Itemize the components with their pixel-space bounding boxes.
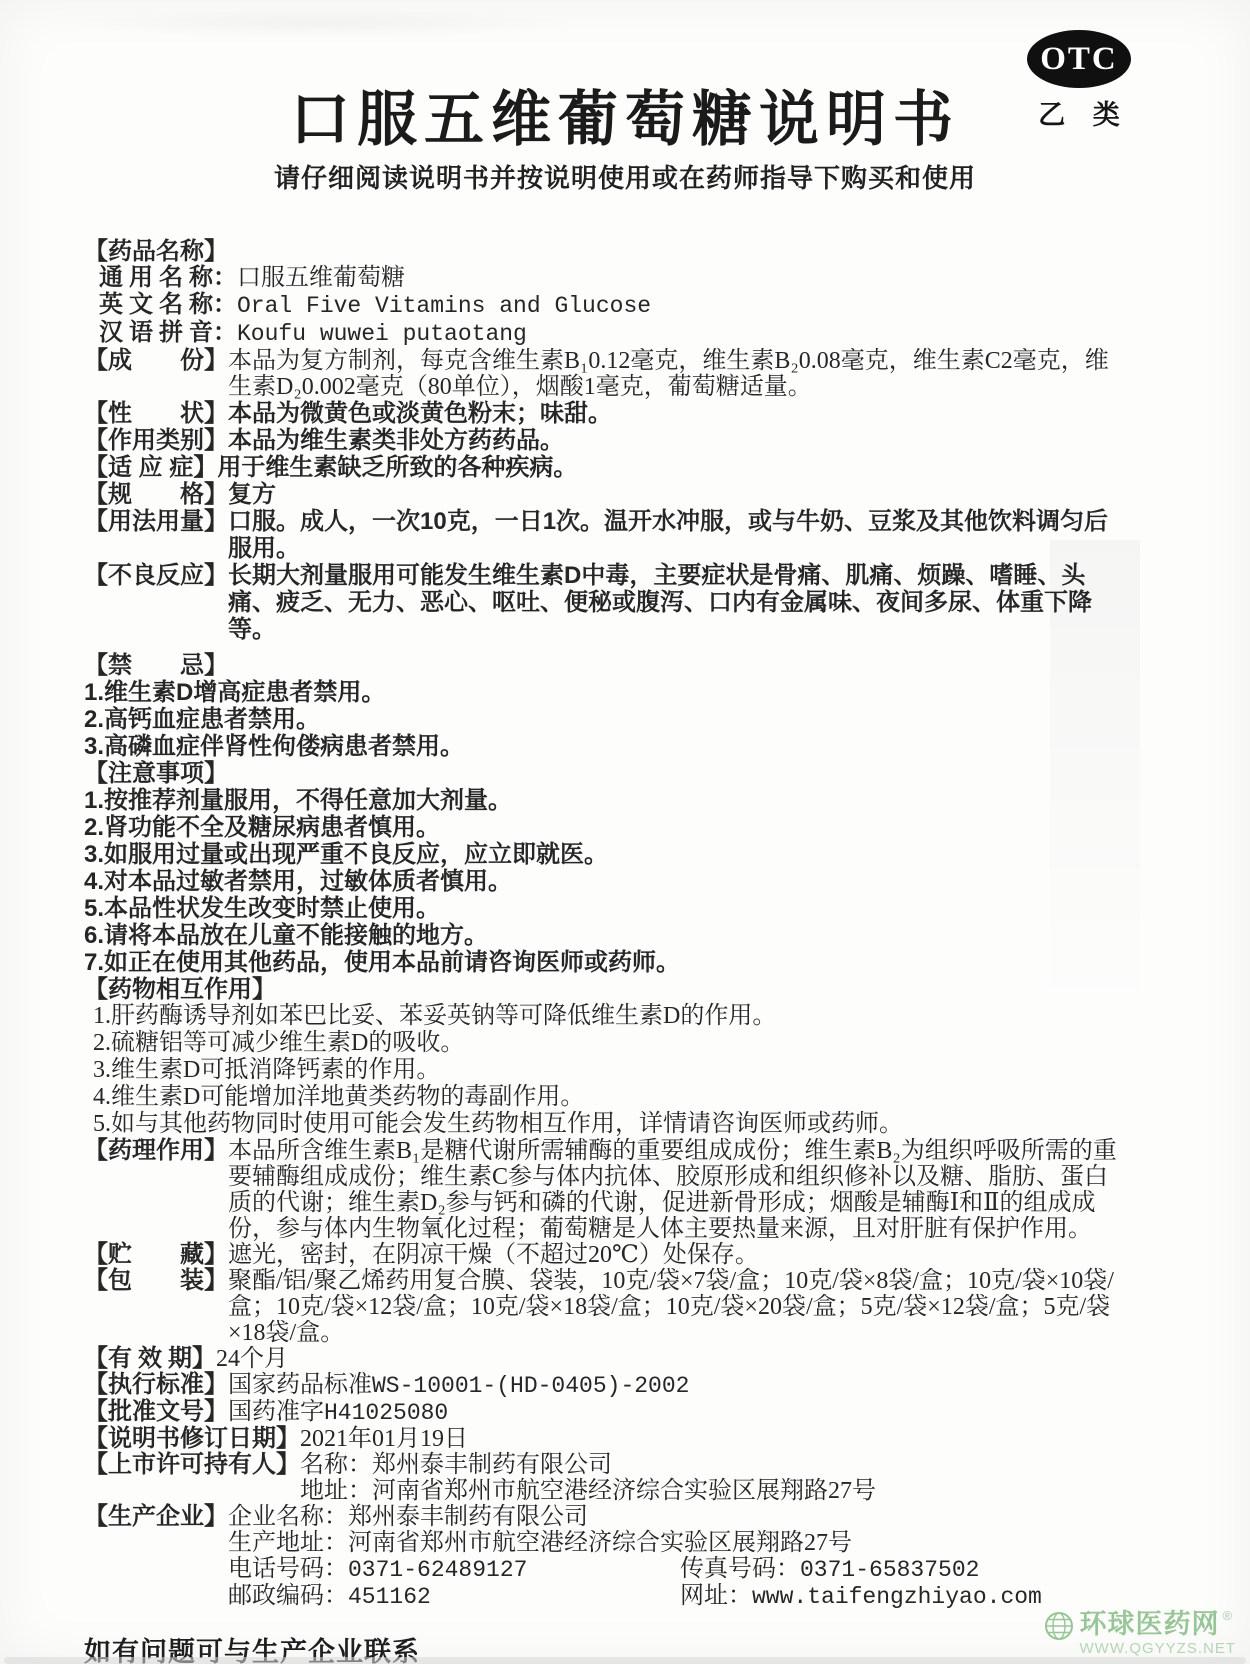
section-package: 【包 装】 聚酯/铝/聚乙烯药用复合膜、袋装，10克/袋×7袋/盒；10克/袋×… — [84, 1268, 1122, 1346]
fax-label: 传真号码： — [680, 1556, 800, 1582]
watermark-site-name: 环球医药网 — [1080, 1611, 1220, 1638]
pharmacology-heading: 【药理作用】 — [84, 1138, 228, 1164]
ingredients-body: 本品为复方制剂，每克含维生素B₁0.12毫克，维生素B₂0.08毫克，维生素C2… — [228, 348, 1122, 400]
tel-value: 0371-62489127 — [348, 1557, 527, 1583]
pinyin-name-value: Koufu wuwei putaotang — [237, 321, 527, 347]
otc-badge: OTC 乙 类 — [1024, 30, 1134, 132]
contraindication-item: 2.高钙血症患者禁用。 — [84, 706, 1122, 733]
manufacturer-zip: 邮政编码：451162 — [228, 1583, 680, 1610]
scan-bottom-edge — [4, 1657, 1246, 1664]
section-indications: 【适 应 症】 用于维生素缺乏所致的各种疾病。 — [84, 454, 1122, 481]
specification-body: 复方 — [228, 481, 1122, 508]
section-specification: 【规 格】 复方 — [84, 481, 1122, 508]
tel-label: 电话号码： — [228, 1556, 348, 1582]
storage-heading: 【贮 藏】 — [84, 1242, 228, 1268]
manufacturer-zip-web-row: 邮政编码：451162 网址：www.taifengzhiyao.com — [228, 1583, 1122, 1610]
manufacturer-tel-fax-row: 电话号码：0371-62489127 传真号码：0371-65837502 — [228, 1556, 1122, 1583]
manufacturer-name-value: 郑州泰丰制药有限公司 — [348, 1504, 588, 1530]
section-manufacturer: 【生产企业】 企业名称：郑州泰丰制药有限公司 生产地址：河南省郑州市航空港经济综… — [84, 1504, 1122, 1610]
revision-heading: 【说明书修订日期】 — [84, 1426, 300, 1452]
manufacturer-name-row: 企业名称：郑州泰丰制药有限公司 — [228, 1504, 1122, 1530]
web-label: 网址： — [680, 1583, 752, 1609]
pinyin-name-label: 汉 语 拼 音： — [99, 320, 237, 346]
section-properties: 【性 状】 本品为微黄色或淡黄色粉末；味甜。 — [84, 400, 1122, 427]
standard-prefix: 国家药品标准 — [228, 1372, 372, 1398]
section-standard: 【执行标准】 国家药品标准WS-10001-(HD-0405)-2002 — [84, 1372, 1122, 1399]
indications-body: 用于维生素缺乏所致的各种疾病。 — [217, 454, 1122, 481]
section-precautions-heading: 【注意事项】 — [84, 760, 1122, 787]
precaution-item: 5.本品性状发生改变时禁止使用。 — [84, 895, 1122, 922]
precaution-item: 7.如正在使用其他药品，使用本品前请咨询医师或药师。 — [84, 949, 1122, 976]
generic-name-value: 口服五维葡萄糖 — [237, 265, 405, 291]
section-interactions-heading: 【药物相互作用】 — [84, 976, 1122, 1003]
ingredients-heading: 【成 份】 — [84, 348, 228, 374]
section-revision-date: 【说明书修订日期】 2021年01月19日 — [84, 1426, 1122, 1452]
package-body: 聚酯/铝/聚乙烯药用复合膜、袋装，10克/袋×7袋/盒；10克/袋×8袋/盒；1… — [228, 1268, 1122, 1346]
precaution-item: 3.如服用过量或出现严重不良反应，应立即就医。 — [84, 841, 1122, 868]
section-adverse-reactions: 【不良反应】 长期大剂量服用可能发生维生素D中毒，主要症状是骨痛、肌痛、烦躁、嗜… — [84, 562, 1122, 643]
indications-heading: 【适 应 症】 — [84, 454, 217, 481]
globe-icon — [1044, 1611, 1074, 1641]
holder-body: 名称：郑州泰丰制药有限公司 地址：河南省郑州市航空港经济综合实验区展翔路27号 — [300, 1452, 1122, 1504]
holder-name-value: 郑州泰丰制药有限公司 — [372, 1452, 612, 1478]
precaution-item: 1.按推荐剂量服用，不得任意加大剂量。 — [84, 787, 1122, 814]
approval-heading: 【批准文号】 — [84, 1399, 228, 1425]
category-heading: 【作用类别】 — [84, 427, 228, 454]
manufacturer-website: 网址：www.taifengzhiyao.com — [680, 1583, 1042, 1610]
precaution-item: 2.肾功能不全及糖尿病患者慎用。 — [84, 814, 1122, 841]
approval-body: 国药准字H41025080 — [228, 1399, 1122, 1426]
holder-name-row: 名称：郑州泰丰制药有限公司 — [300, 1452, 1122, 1478]
manufacturer-heading: 【生产企业】 — [84, 1504, 228, 1530]
section-contraindications-heading: 【禁 忌】 — [84, 652, 1122, 679]
page-subtitle: 请仔细阅读说明书并按说明使用或在药师指导下购买和使用 — [0, 158, 1250, 195]
english-name-row: 英 文 名 称：Oral Five Vitamins and Glucose — [84, 292, 1122, 320]
section-ingredients: 【成 份】 本品为复方制剂，每克含维生素B₁0.12毫克，维生素B₂0.08毫克… — [84, 348, 1122, 400]
otc-category-label: 乙 类 — [1024, 93, 1134, 132]
standard-body: 国家药品标准WS-10001-(HD-0405)-2002 — [228, 1372, 1122, 1399]
precaution-item: 4.对本品过敏者禁用，过敏体质者慎用。 — [84, 868, 1122, 895]
manufacturer-tel: 电话号码：0371-62489127 — [228, 1556, 680, 1583]
manufacturer-addr-value: 河南省郑州市航空港经济综合实验区展翔路27号 — [348, 1530, 852, 1556]
dosage-heading: 【用法用量】 — [84, 508, 228, 535]
validity-heading: 【有 效 期】 — [84, 1346, 216, 1372]
interaction-item: 2.硫糖铝等可减少维生素D的吸收。 — [84, 1030, 1122, 1057]
validity-body: 24个月 — [216, 1346, 1122, 1372]
manufacturer-name-label: 企业名称： — [228, 1504, 348, 1530]
holder-heading: 【上市许可持有人】 — [84, 1452, 300, 1478]
leaflet-body: 【药品名称】 通 用 名 称：口服五维葡萄糖 英 文 名 称：Oral Five… — [0, 226, 1250, 1610]
contraindication-item: 1.维生素D增高症患者禁用。 — [84, 679, 1122, 706]
section-validity: 【有 效 期】 24个月 — [84, 1346, 1122, 1372]
section-category: 【作用类别】 本品为维生素类非处方药药品。 — [84, 427, 1122, 454]
zip-label: 邮政编码： — [228, 1583, 348, 1609]
holder-addr-row: 地址：河南省郑州市航空港经济综合实验区展翔路27号 — [300, 1478, 1122, 1504]
holder-addr-value: 河南省郑州市航空港经济综合实验区展翔路27号 — [372, 1478, 876, 1504]
approval-code: H41025080 — [324, 1400, 448, 1426]
pharmacology-body: 本品所含维生素B₁是糖代谢所需辅酶的重要组成成份；维生素B₂为组织呼吸所需的重要… — [228, 1138, 1122, 1242]
package-heading: 【包 装】 — [84, 1268, 228, 1294]
section-dosage: 【用法用量】 口服。成人，一次10克，一日1次。温开水冲服，或与牛奶、豆浆及其他… — [84, 508, 1122, 562]
revision-body: 2021年01月19日 — [300, 1426, 1122, 1452]
leaflet-page: OTC 乙 类 口服五维葡萄糖说明书 请仔细阅读说明书并按说明使用或在药师指导下… — [0, 0, 1250, 1664]
watermark-site-url: WWW.QGYYZS.NET — [1080, 1641, 1237, 1656]
dosage-body: 口服。成人，一次10克，一日1次。温开水冲服，或与牛奶、豆浆及其他饮料调匀后服用… — [228, 508, 1122, 562]
leaflet-header: OTC 乙 类 口服五维葡萄糖说明书 请仔细阅读说明书并按说明使用或在药师指导下… — [0, 0, 1250, 226]
manufacturer-addr-row: 生产地址：河南省郑州市航空港经济综合实验区展翔路27号 — [228, 1530, 1122, 1556]
holder-name-label: 名称： — [300, 1452, 372, 1478]
zip-value: 451162 — [348, 1584, 431, 1610]
properties-heading: 【性 状】 — [84, 400, 228, 427]
properties-body: 本品为微黄色或淡黄色粉末；味甜。 — [228, 400, 1122, 427]
contraindication-item: 3.高磷血症伴肾性佝偻病患者禁用。 — [84, 733, 1122, 760]
standard-code: WS-10001-(HD-0405)-2002 — [372, 1373, 689, 1399]
manufacturer-addr-label: 生产地址： — [228, 1530, 348, 1556]
web-value: www.taifengzhiyao.com — [752, 1584, 1042, 1610]
watermark-text: 环球医药网 ® WWW.QGYYZS.NET — [1080, 1611, 1237, 1656]
section-approval-number: 【批准文号】 国药准字H41025080 — [84, 1399, 1122, 1426]
section-drug-name-heading: 【药品名称】 — [84, 238, 1122, 265]
otc-ellipse-icon: OTC — [1027, 30, 1131, 88]
generic-name-row: 通 用 名 称：口服五维葡萄糖 — [84, 265, 1122, 292]
category-body: 本品为维生素类非处方药药品。 — [228, 427, 1122, 454]
registered-mark-icon: ® — [1223, 1609, 1233, 1622]
approval-prefix: 国药准字 — [228, 1399, 324, 1425]
fax-value: 0371-65837502 — [800, 1557, 979, 1583]
english-name-value: Oral Five Vitamins and Glucose — [237, 293, 651, 319]
section-pharmacology: 【药理作用】 本品所含维生素B₁是糖代谢所需辅酶的重要组成成份；维生素B₂为组织… — [84, 1138, 1122, 1242]
adverse-heading: 【不良反应】 — [84, 562, 228, 589]
specification-heading: 【规 格】 — [84, 481, 228, 508]
english-name-label: 英 文 名 称： — [99, 292, 237, 318]
interaction-item: 1.肝药酶诱导剂如苯巴比妥、苯妥英钠等可降低维生素D的作用。 — [84, 1003, 1122, 1030]
generic-name-label: 通 用 名 称： — [99, 265, 237, 291]
adverse-body: 长期大剂量服用可能发生维生素D中毒，主要症状是骨痛、肌痛、烦躁、嗜睡、头痛、疲乏… — [228, 562, 1122, 643]
interaction-item: 5.如与其他药物同时使用可能会发生药物相互作用，详情请咨询医师或药师。 — [84, 1111, 1122, 1138]
watermark: 环球医药网 ® WWW.QGYYZS.NET — [1044, 1611, 1237, 1656]
precaution-item: 6.请将本品放在儿童不能接触的地方。 — [84, 922, 1122, 949]
section-license-holder: 【上市许可持有人】 名称：郑州泰丰制药有限公司 地址：河南省郑州市航空港经济综合… — [84, 1452, 1122, 1504]
manufacturer-body: 企业名称：郑州泰丰制药有限公司 生产地址：河南省郑州市航空港经济综合实验区展翔路… — [228, 1504, 1122, 1610]
standard-heading: 【执行标准】 — [84, 1372, 228, 1398]
holder-addr-label: 地址： — [300, 1478, 372, 1504]
storage-body: 遮光，密封，在阴凉干燥（不超过20℃）处保存。 — [228, 1242, 1122, 1268]
pinyin-name-row: 汉 语 拼 音：Koufu wuwei putaotang — [84, 320, 1122, 348]
manufacturer-fax: 传真号码：0371-65837502 — [680, 1556, 979, 1583]
section-storage: 【贮 藏】 遮光，密封，在阴凉干燥（不超过20℃）处保存。 — [84, 1242, 1122, 1268]
interaction-item: 4.维生素D可能增加洋地黄类药物的毒副作用。 — [84, 1084, 1122, 1111]
interaction-item: 3.维生素D可抵消降钙素的作用。 — [84, 1057, 1122, 1084]
